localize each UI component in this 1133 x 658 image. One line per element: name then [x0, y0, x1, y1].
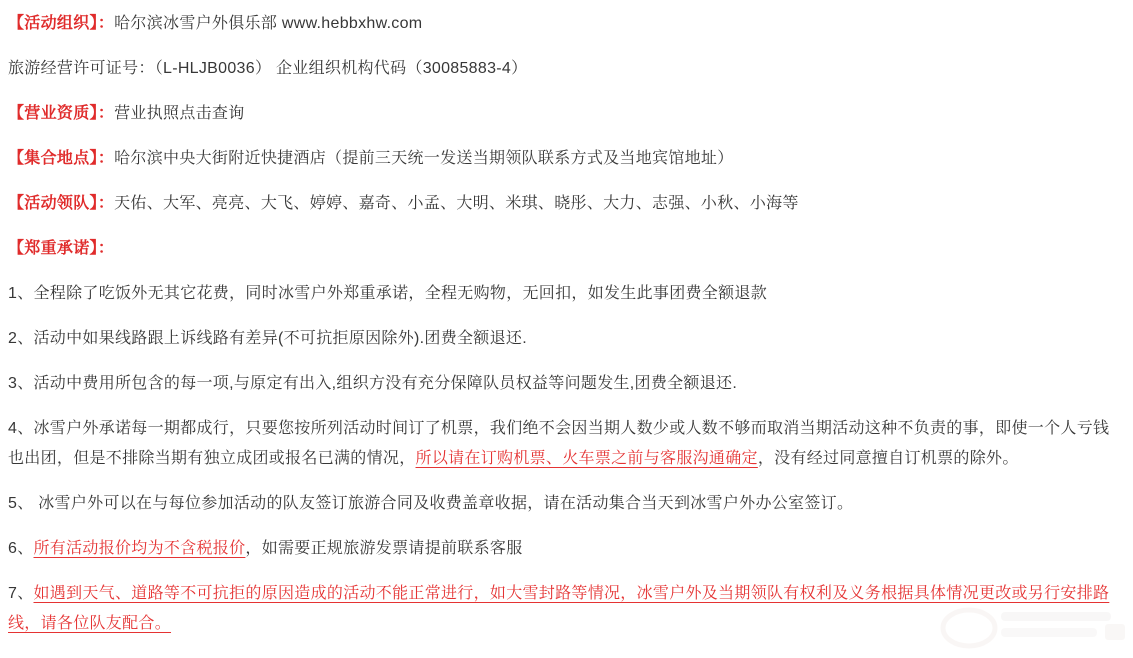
- website-url[interactable]: www.hebbxhw.com: [282, 15, 423, 32]
- promise-highlight-text: 所以请在订购机票、火车票之前与客服沟通确定: [416, 450, 758, 467]
- promise-item-6: 6、所有活动报价均为不含税报价，如需要正规旅游发票请提前联系客服: [8, 534, 1125, 564]
- promise-item-2: 2、活动中如果线路跟上诉线路有差异(不可抗拒原因除外).团费全额退还.: [8, 324, 1125, 354]
- promise-text: 6、: [8, 540, 34, 557]
- meeting-point-text: 哈尔滨中央大街附近快捷酒店（提前三天统一发送当期领队联系方式及当地宾馆地址）: [114, 150, 733, 167]
- leaders-colon: ：: [98, 195, 114, 212]
- club-name: 哈尔滨冰雪户外俱乐部: [114, 15, 282, 32]
- promise-text: ，如需要正规旅游发票请提前联系客服: [245, 540, 522, 557]
- promise-text: ，没有经过同意擅自订机票的除外。: [758, 450, 1019, 467]
- license-text: 旅游经营许可证号：（L-HLJB0036） 企业组织机构代码（30085883-…: [8, 60, 527, 77]
- promise-item-7: 7、如遇到天气、道路等不可抗拒的原因造成的活动不能正常进行，如大雪封路等情况，冰…: [8, 579, 1125, 639]
- promise-highlight-text: 如遇到天气、道路等不可抗拒的原因造成的活动不能正常进行，如大雪封路等情况，冰雪户…: [8, 585, 1109, 632]
- promise-text: 3、活动中费用所包含的每一项,与原定有出入,组织方没有充分保障队员权益等问题发生…: [8, 375, 737, 392]
- promise-item-4: 4、冰雪户外承诺每一期都成行，只要您按所列活动时间订了机票，我们绝不会因当期人数…: [8, 414, 1125, 474]
- promise-item-5: 5、 冰雪户外可以在与每位参加活动的队友签订旅游合同及收费盖章收据，请在活动集合…: [8, 489, 1125, 519]
- promise-text: 1、全程除了吃饭外无其它花费，同时冰雪户外郑重承诺，全程无购物，无回扣，如发生此…: [8, 285, 767, 302]
- promise-item-3: 3、活动中费用所包含的每一项,与原定有出入,组织方没有充分保障队员权益等问题发生…: [8, 369, 1125, 399]
- org-row: 【活动组织】：哈尔滨冰雪户外俱乐部 www.hebbxhw.com: [8, 9, 1125, 39]
- leaders-label: 【活动领队】: [8, 195, 98, 212]
- meeting-point-row: 【集合地点】：哈尔滨中央大街附近快捷酒店（提前三天统一发送当期领队联系方式及当地…: [8, 144, 1125, 174]
- meeting-point-label: 【集合地点】: [8, 150, 98, 167]
- promise-text: 2、活动中如果线路跟上诉线路有差异(不可抗拒原因除外).团费全额退还.: [8, 330, 527, 347]
- qualification-row: 【营业资质】：营业执照点击查询: [8, 99, 1125, 129]
- promise-heading-colon: ：: [98, 240, 114, 257]
- qualification-label: 【营业资质】: [8, 105, 98, 122]
- org-colon: ：: [98, 15, 114, 32]
- license-row: 旅游经营许可证号：（L-HLJB0036） 企业组织机构代码（30085883-…: [8, 54, 1125, 84]
- promise-item-1: 1、全程除了吃饭外无其它花费，同时冰雪户外郑重承诺，全程无购物，无回扣，如发生此…: [8, 279, 1125, 309]
- promise-heading-row: 【郑重承诺】：: [8, 234, 1125, 264]
- promise-heading-label: 【郑重承诺】: [8, 240, 98, 257]
- leaders-row: 【活动领队】：天佑、大军、亮亮、大飞、婷婷、嘉奇、小孟、大明、米琪、晓彤、大力、…: [8, 189, 1125, 219]
- promise-text: 7、: [8, 585, 34, 602]
- promise-text: 5、 冰雪户外可以在与每位参加活动的队友签订旅游合同及收费盖章收据，请在活动集合…: [8, 495, 853, 512]
- leaders-text: 天佑、大军、亮亮、大飞、婷婷、嘉奇、小孟、大明、米琪、晓彤、大力、志强、小秋、小…: [114, 195, 799, 212]
- meeting-point-colon: ：: [98, 150, 114, 167]
- activity-info-document: 【活动组织】：哈尔滨冰雪户外俱乐部 www.hebbxhw.com 旅游经营许可…: [0, 0, 1133, 639]
- org-label: 【活动组织】: [8, 15, 98, 32]
- qualification-colon: ：: [98, 105, 114, 122]
- promise-highlight-text: 所有活动报价均为不含税报价: [34, 540, 246, 557]
- business-license-link[interactable]: 营业执照点击查询: [114, 105, 244, 122]
